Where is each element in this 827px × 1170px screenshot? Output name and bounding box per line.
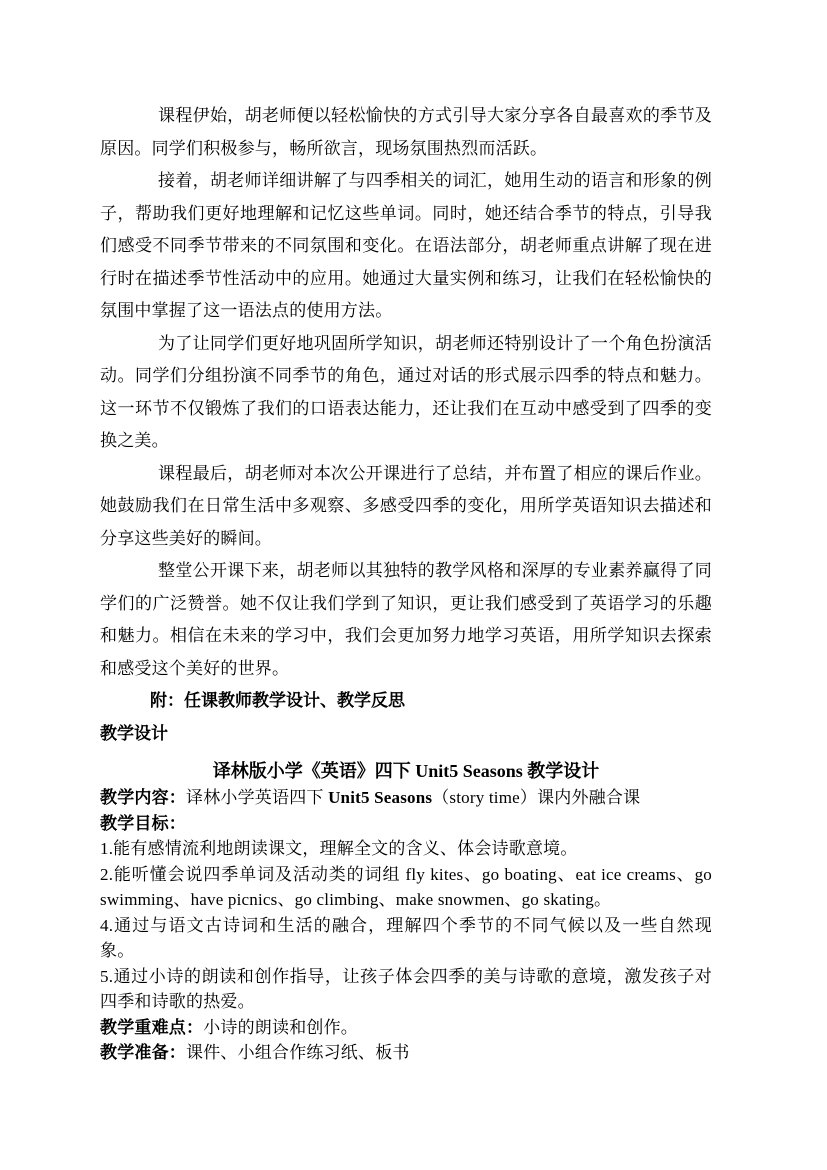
objectives-label: 教学目标： bbox=[100, 811, 712, 837]
objective-item-5: 5.通过小诗的朗读和创作指导，让孩子体会四季的美与诗歌的意境，激发孩子对四季和诗… bbox=[100, 964, 712, 1015]
teaching-content-post: （story time）课内外融合课 bbox=[432, 788, 640, 807]
key-points-line: 教学重难点：小诗的朗读和创作。 bbox=[100, 1015, 712, 1041]
objective-item-1: 1.能有感情流利地朗读课文，理解全文的含义、体会诗歌意境。 bbox=[100, 836, 712, 862]
objective-item-2: 2.能听懂会说四季单词及活动类的词组 fly kites、go boating、… bbox=[100, 862, 712, 913]
key-points-label: 教学重难点： bbox=[100, 1018, 203, 1037]
report-paragraph-2: 接着，胡老师详细讲解了与四季相关的词汇，她用生动的语言和形象的例子，帮助我们更好… bbox=[100, 165, 712, 328]
teaching-content-label: 教学内容： bbox=[100, 788, 186, 807]
teaching-content-pre: 译林小学英语四下 bbox=[186, 788, 328, 807]
key-points-text: 小诗的朗读和创作。 bbox=[203, 1018, 358, 1037]
attachment-note: 附：任课教师教学设计、教学反思 bbox=[100, 685, 712, 718]
lesson-design-title: 译林版小学《英语》四下 Unit5 Seasons 教学设计 bbox=[100, 758, 712, 785]
report-paragraph-4: 课程最后，胡老师对本次公开课进行了总结，并布置了相应的课后作业。她鼓励我们在日常… bbox=[100, 458, 712, 556]
document-page: 课程伊始，胡老师便以轻松愉快的方式引导大家分享各自最喜欢的季节及原因。同学们积极… bbox=[0, 0, 827, 1170]
preparation-line: 教学准备：课件、小组合作练习纸、板书 bbox=[100, 1040, 712, 1066]
teaching-content-line: 教学内容：译林小学英语四下 Unit5 Seasons（story time）课… bbox=[100, 785, 712, 811]
report-paragraph-1: 课程伊始，胡老师便以轻松愉快的方式引导大家分享各自最喜欢的季节及原因。同学们积极… bbox=[100, 100, 712, 165]
objective-item-4: 4.通过与语文古诗词和生活的融合，理解四个季节的不同气候以及一些自然现象。 bbox=[100, 913, 712, 964]
section-heading-teaching-design: 教学设计 bbox=[100, 718, 712, 751]
report-paragraph-3: 为了让同学们更好地巩固所学知识，胡老师还特别设计了一个角色扮演活动。同学们分组扮… bbox=[100, 328, 712, 458]
document-content: 课程伊始，胡老师便以轻松愉快的方式引导大家分享各自最喜欢的季节及原因。同学们积极… bbox=[100, 100, 712, 1066]
report-paragraph-5: 整堂公开课下来，胡老师以其独特的教学风格和深厚的专业素养赢得了同学们的广泛赞誉。… bbox=[100, 555, 712, 685]
preparation-label: 教学准备： bbox=[100, 1043, 186, 1062]
preparation-text: 课件、小组合作练习纸、板书 bbox=[186, 1043, 410, 1062]
teaching-content-unit: Unit5 Seasons bbox=[328, 788, 432, 807]
